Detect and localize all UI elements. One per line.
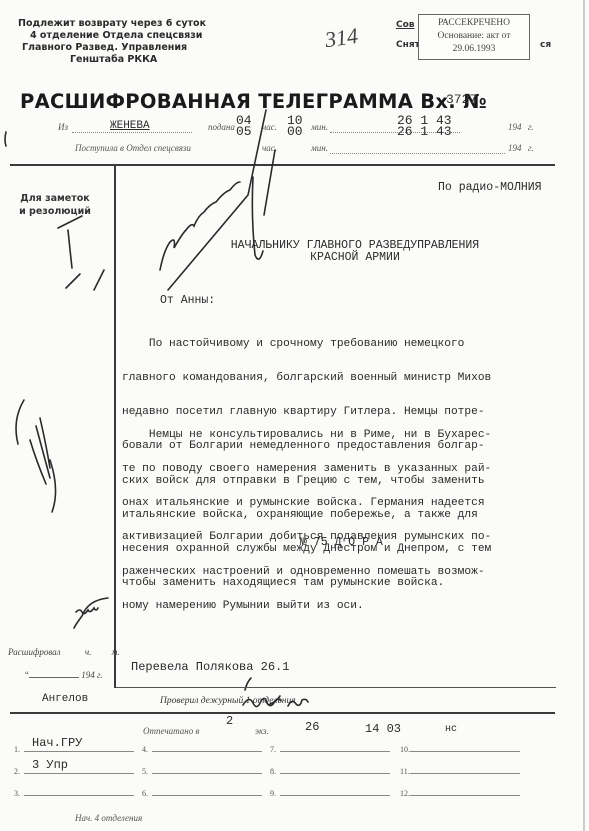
distribution-slot: 10. — [400, 742, 520, 754]
slot-line — [280, 751, 390, 752]
distribution-slot: 11. — [400, 764, 520, 776]
slot-line — [410, 751, 520, 752]
slot-line — [24, 751, 134, 752]
decrypter-name: Ангелов — [42, 693, 88, 705]
slot-number: 5. — [142, 767, 148, 776]
copies-label: экз. — [255, 726, 269, 736]
distribution-slot: 7. — [270, 742, 390, 754]
distribution-slot: 4. — [142, 742, 262, 754]
slot-line — [410, 773, 520, 774]
slot-line — [24, 795, 134, 796]
decrypted-min-label: м. — [112, 647, 120, 657]
slot-number: 11. — [400, 767, 410, 776]
decrypted-row: Расшифровал ч. м. — [8, 647, 120, 657]
decrypted-g: г. — [97, 670, 103, 680]
slot-recipient: Нач.ГРУ — [32, 736, 82, 750]
translated-divider — [116, 687, 556, 688]
slot-number: 2. — [14, 767, 20, 776]
slot-number: 4. — [142, 745, 148, 754]
distribution-slot: 8. — [270, 764, 390, 776]
slot-line — [152, 773, 262, 774]
translated-note: Перевела Полякова 26.1 — [131, 660, 289, 674]
slot-recipient: 3 Упр — [32, 758, 68, 772]
slot-number: 6. — [142, 789, 148, 798]
slot-number: 9. — [270, 789, 276, 798]
slot-line — [24, 773, 134, 774]
slot-line — [410, 795, 520, 796]
slot-line — [280, 773, 390, 774]
distribution-slot: 5. — [142, 764, 262, 776]
decrypted-year: 194 — [81, 670, 95, 680]
printed-day: 26 — [305, 720, 319, 734]
distribution-slot: 6. — [142, 786, 262, 798]
slot-line — [280, 795, 390, 796]
checked-label: Проверил дежурный 1 отделения — [160, 696, 296, 706]
printed-label: Отпечатано в — [143, 726, 199, 736]
slot-number: 1. — [14, 745, 20, 754]
slot-number: 7. — [270, 745, 276, 754]
distribution-slot: 9. — [270, 786, 390, 798]
decrypted-label: Расшифровал — [8, 647, 61, 657]
dept-head-label: Нач. 4 отделения — [75, 813, 142, 823]
printed-time: 14 03 — [365, 722, 401, 736]
slot-line — [152, 751, 262, 752]
slot-line — [152, 795, 262, 796]
footer-divider — [10, 712, 555, 714]
distribution-slot: 12. — [400, 786, 520, 798]
decrypted-year-row: “ 194 г. — [24, 670, 103, 680]
slot-number: 3. — [14, 789, 20, 798]
distribution-slot: 3. — [14, 786, 134, 798]
slot-number: 10. — [400, 745, 410, 754]
distribution-slot: 2.3 Упр — [14, 764, 134, 776]
handwritten-annotations-icon — [0, 0, 589, 831]
printed-copies: 2 — [226, 714, 233, 728]
printed-initials: нс — [445, 724, 457, 735]
slot-number: 12. — [400, 789, 410, 798]
distribution-slot: 1.Нач.ГРУ — [14, 742, 134, 754]
decrypted-hour-label: ч. — [85, 647, 92, 657]
slot-number: 8. — [270, 767, 276, 776]
